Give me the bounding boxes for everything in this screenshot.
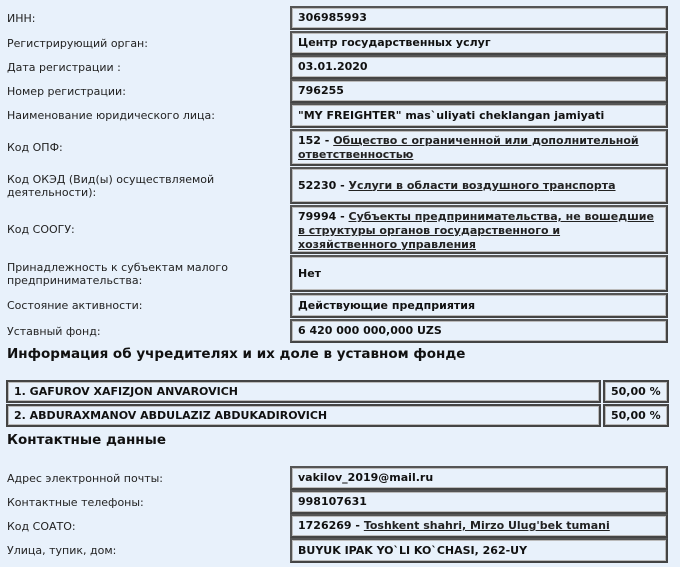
field-value: "MY FREIGHTER" mas`uliyati cheklangan ja… [290, 103, 668, 128]
field-small-business: Принадлежность к субъектам малого предпр… [0, 255, 680, 292]
field-value: 998107631 [290, 490, 668, 514]
field-registration-date: Дата регистрации : 03.01.2020 [0, 55, 680, 79]
founder-share: 50,00 % [603, 404, 669, 427]
field-value: 79994 - Субъекты предпринимательства, не… [290, 205, 668, 254]
contacts-heading: Контактные данные [7, 432, 166, 448]
field-value: Нет [290, 255, 668, 292]
field-value: 03.01.2020 [290, 55, 668, 79]
field-value: Действующие предприятия [290, 293, 668, 318]
soogu-link[interactable]: Субъекты предпринимательства, не вошедши… [298, 210, 654, 251]
field-legal-name: Наименование юридического лица: "MY FREI… [0, 103, 680, 128]
field-label: Код СОАТО: [7, 514, 277, 538]
opf-link[interactable]: Общество с ограниченной или дополнительн… [298, 134, 639, 161]
code-value: 152 [298, 134, 321, 147]
field-label: Номер регистрации: [7, 79, 277, 103]
separator: - [321, 134, 333, 147]
field-label: Адрес электронной почты: [7, 466, 277, 490]
field-value: 796255 [290, 79, 668, 103]
field-label: Принадлежность к субъектам малого предпр… [7, 255, 277, 292]
field-label: Состояние активности: [7, 293, 277, 318]
field-value: BUYUK IPAK YO`LI KO`CHASI, 262-UY [290, 538, 668, 563]
founder-name: 1. GAFUROV XAFIZJON ANVAROVICH [6, 380, 601, 403]
field-value: 52230 - Услуги в области воздушного тран… [290, 167, 668, 204]
field-label: Контактные телефоны: [7, 490, 277, 514]
contact-street: Улица, тупик, дом: BUYUK IPAK YO`LI KO`C… [0, 538, 680, 563]
field-oked-code: Код ОКЭД (Вид(ы) осуществляемой деятельн… [0, 167, 680, 204]
separator: - [336, 179, 348, 192]
field-label: Дата регистрации : [7, 55, 277, 79]
field-label: Наименование юридического лица: [7, 103, 277, 128]
field-value: vakilov_2019@mail.ru [290, 466, 668, 490]
field-registration-number: Номер регистрации: 796255 [0, 79, 680, 103]
field-label: Код ОКЭД (Вид(ы) осуществляемой деятельн… [7, 167, 277, 204]
field-soogu-code: Код СООГУ: 79994 - Субъекты предпринимат… [0, 205, 680, 254]
founders-heading: Информация об учредителях и их доле в ус… [7, 346, 465, 362]
field-value: 152 - Общество с ограниченной или дополн… [290, 129, 668, 166]
field-charter-capital: Уставный фонд: 6 420 000 000,000 UZS [0, 319, 680, 343]
contact-email: Адрес электронной почты: vakilov_2019@ma… [0, 466, 680, 490]
field-registering-authority: Регистрирующий орган: Центр государствен… [0, 31, 680, 55]
code-value: 79994 [298, 210, 336, 223]
field-label: Уставный фонд: [7, 319, 277, 343]
field-value: 6 420 000 000,000 UZS [290, 319, 668, 343]
founder-name: 2. ABDURAXMANOV ABDULAZIZ ABDUKADIROVICH [6, 404, 601, 427]
field-value: 1726269 - Toshkent shahri, Mirzo Ulug'be… [290, 514, 668, 538]
field-label: Регистрирующий орган: [7, 31, 277, 55]
founder-share: 50,00 % [603, 380, 669, 403]
field-label: Код СООГУ: [7, 205, 277, 254]
oked-link[interactable]: Услуги в области воздушного транспорта [349, 179, 616, 192]
field-value: Центр государственных услуг [290, 31, 668, 55]
field-opf-code: Код ОПФ: 152 - Общество с ограниченной и… [0, 129, 680, 166]
code-value: 52230 [298, 179, 336, 192]
code-value: 1726269 [298, 519, 352, 532]
field-value: 306985993 [290, 6, 668, 30]
field-inn: ИНН: 306985993 [0, 6, 680, 30]
field-label: ИНН: [7, 6, 277, 30]
separator: - [336, 210, 348, 223]
soato-link[interactable]: Toshkent shahri, Mirzo Ulug'bek tumani [364, 519, 610, 532]
separator: - [352, 519, 364, 532]
contact-soato: Код СОАТО: 1726269 - Toshkent shahri, Mi… [0, 514, 680, 538]
field-activity-status: Состояние активности: Действующие предпр… [0, 293, 680, 318]
field-label: Код ОПФ: [7, 129, 277, 166]
contact-phones: Контактные телефоны: 998107631 [0, 490, 680, 514]
field-label: Улица, тупик, дом: [7, 538, 277, 563]
